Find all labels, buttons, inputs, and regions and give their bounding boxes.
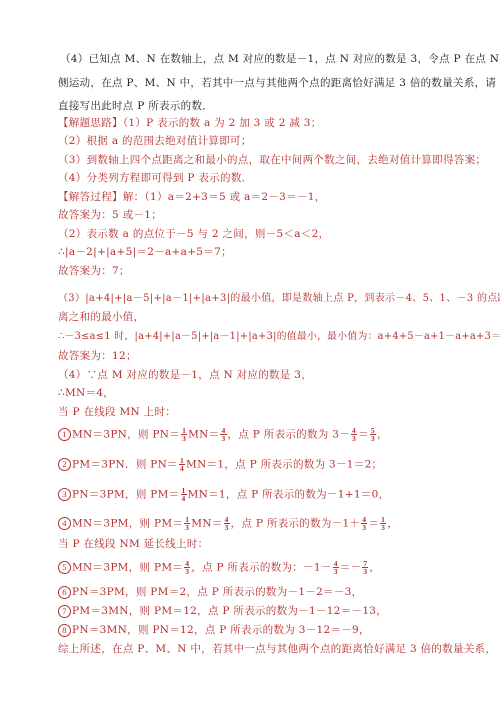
fraction: 73 bbox=[362, 560, 368, 575]
fraction: 13 bbox=[184, 516, 190, 531]
question-line-1: （4）已知点 M、N 在数轴上，点 M 对应的数是－1，点 N 对应的数是 3，… bbox=[60, 52, 500, 66]
circled-number-5: 5 bbox=[58, 561, 71, 574]
solution-line-4: ∴|a－2|+|a+5|＝2－a+a+5＝7； bbox=[58, 245, 232, 259]
document-page: （4）已知点 M、N 在数轴上，点 M 对应的数是－1，点 N 对应的数是 3，… bbox=[0, 0, 500, 707]
solution-line-5: 故答案为：7； bbox=[58, 264, 130, 278]
solution-line-9: 故答案为：12； bbox=[58, 349, 137, 363]
circled-number-7: 7 bbox=[58, 605, 71, 618]
fraction: 43 bbox=[361, 516, 367, 531]
circled-number-3: 3 bbox=[58, 488, 71, 501]
circled-number-4: 4 bbox=[58, 517, 71, 530]
fraction: 14 bbox=[179, 457, 185, 472]
case-1: 1MN＝3PN，则 PN＝13MN＝43，点 P 所表示的数为 3－43＝53， bbox=[58, 427, 388, 442]
analysis-heading: 【解题思路】 bbox=[58, 117, 123, 129]
analysis-line-1: 【解题思路】（1）P 表示的数 a 为 2 加 3 或 2 减 3； bbox=[58, 116, 322, 130]
circled-number-8: 8 bbox=[58, 624, 71, 637]
question-line-3: 直接写出此时点 P 所表示的数． bbox=[58, 99, 213, 113]
fraction: 43 bbox=[224, 516, 230, 531]
fraction: 14 bbox=[181, 487, 187, 502]
case-2: 2PM＝3PN．则 PN＝14MN＝1，点 P 所表示的数为 3－1＝2； bbox=[58, 457, 382, 472]
case-6: 6PN＝3PM，则 PM＝2，点 P 所表示的数为－1－2＝－3， bbox=[58, 585, 362, 599]
fraction: 13 bbox=[380, 516, 386, 531]
solution-line-2: 故答案为：5 或－1； bbox=[58, 208, 162, 222]
solution-line-10: （4）∵点 M 对应的数是－1，点 N 对应的数是 3， bbox=[58, 368, 312, 382]
case-7: 7PM＝3MN，则 PM＝12，点 P 所表示的数为－1－12＝－13， bbox=[58, 604, 387, 618]
solution-line-1: 【解答过程】解：（1）a＝2+3＝5 或 a＝2－3＝－1， bbox=[58, 190, 326, 204]
case-3: 3PN＝3PM，则 PM＝14MN＝1，点 P 所表示的数为－1+1＝0， bbox=[58, 487, 389, 502]
fraction: 43 bbox=[220, 427, 226, 442]
solution-line-8: ∴－3≤a≤1 时，|a+4|+|a－5|+|a－1|+|a+3|的值最小，最小… bbox=[58, 330, 500, 344]
analysis-line-4: （4）分类列方程即可得到 P 表示的数． bbox=[58, 171, 252, 185]
solution-line-6: （3）|a+4|+|a－5|+|a－1|+|a+3|的最小值，即是数轴上点 P，… bbox=[58, 292, 500, 306]
case-8: 8PN＝3MN，则 PN＝12，点 P 所表示的数为 3－12＝－9， bbox=[58, 623, 370, 637]
fraction: 43 bbox=[351, 427, 357, 442]
solution-line-11: ∴MN＝4， bbox=[58, 386, 114, 400]
case-5: 5MN＝3PM，则 PM＝43，点 P 所表示的数为：－1－43＝－73， bbox=[58, 560, 380, 575]
solution-line-7: 离之和的最小值， bbox=[58, 310, 144, 324]
fraction: 13 bbox=[181, 427, 187, 442]
circled-number-2: 2 bbox=[58, 458, 71, 471]
case-4: 4MN＝3PM，则 PM＝13MN＝43，点 P 所表示的数为－1＋43＝13， bbox=[58, 516, 398, 531]
fraction: 53 bbox=[370, 427, 376, 442]
fraction: 43 bbox=[333, 560, 339, 575]
extension-heading: 当 P 在线段 NM 延长线上时： bbox=[58, 537, 208, 551]
analysis-line-3: （3）到数轴上四个点距离之和最小的点，取在中间两个数之间，去绝对值计算即得答案； bbox=[58, 153, 486, 167]
solution-line-12: 当 P 在线段 MN 上时： bbox=[58, 405, 176, 419]
fraction: 43 bbox=[184, 560, 190, 575]
analysis-line-2: （2）根据 a 的范围去绝对值计算即可； bbox=[58, 134, 252, 148]
solution-line-3: （2）表示数 a 的点位于－5 与 2 之间，则－5＜a＜2， bbox=[58, 227, 329, 241]
solution-heading: 【解答过程】 bbox=[58, 191, 123, 203]
circled-number-1: 1 bbox=[58, 428, 71, 441]
circled-number-6: 6 bbox=[58, 586, 71, 599]
question-line-2: 侧运动，在点 P、M、N 中，若其中一点与其他两个点的距离恰好满足 3 倍的数量… bbox=[58, 76, 496, 90]
conclusion: 综上所述，在点 P、M、N 中，若其中一点与其他两个点的距离恰好满足 3 倍的数… bbox=[58, 642, 496, 656]
